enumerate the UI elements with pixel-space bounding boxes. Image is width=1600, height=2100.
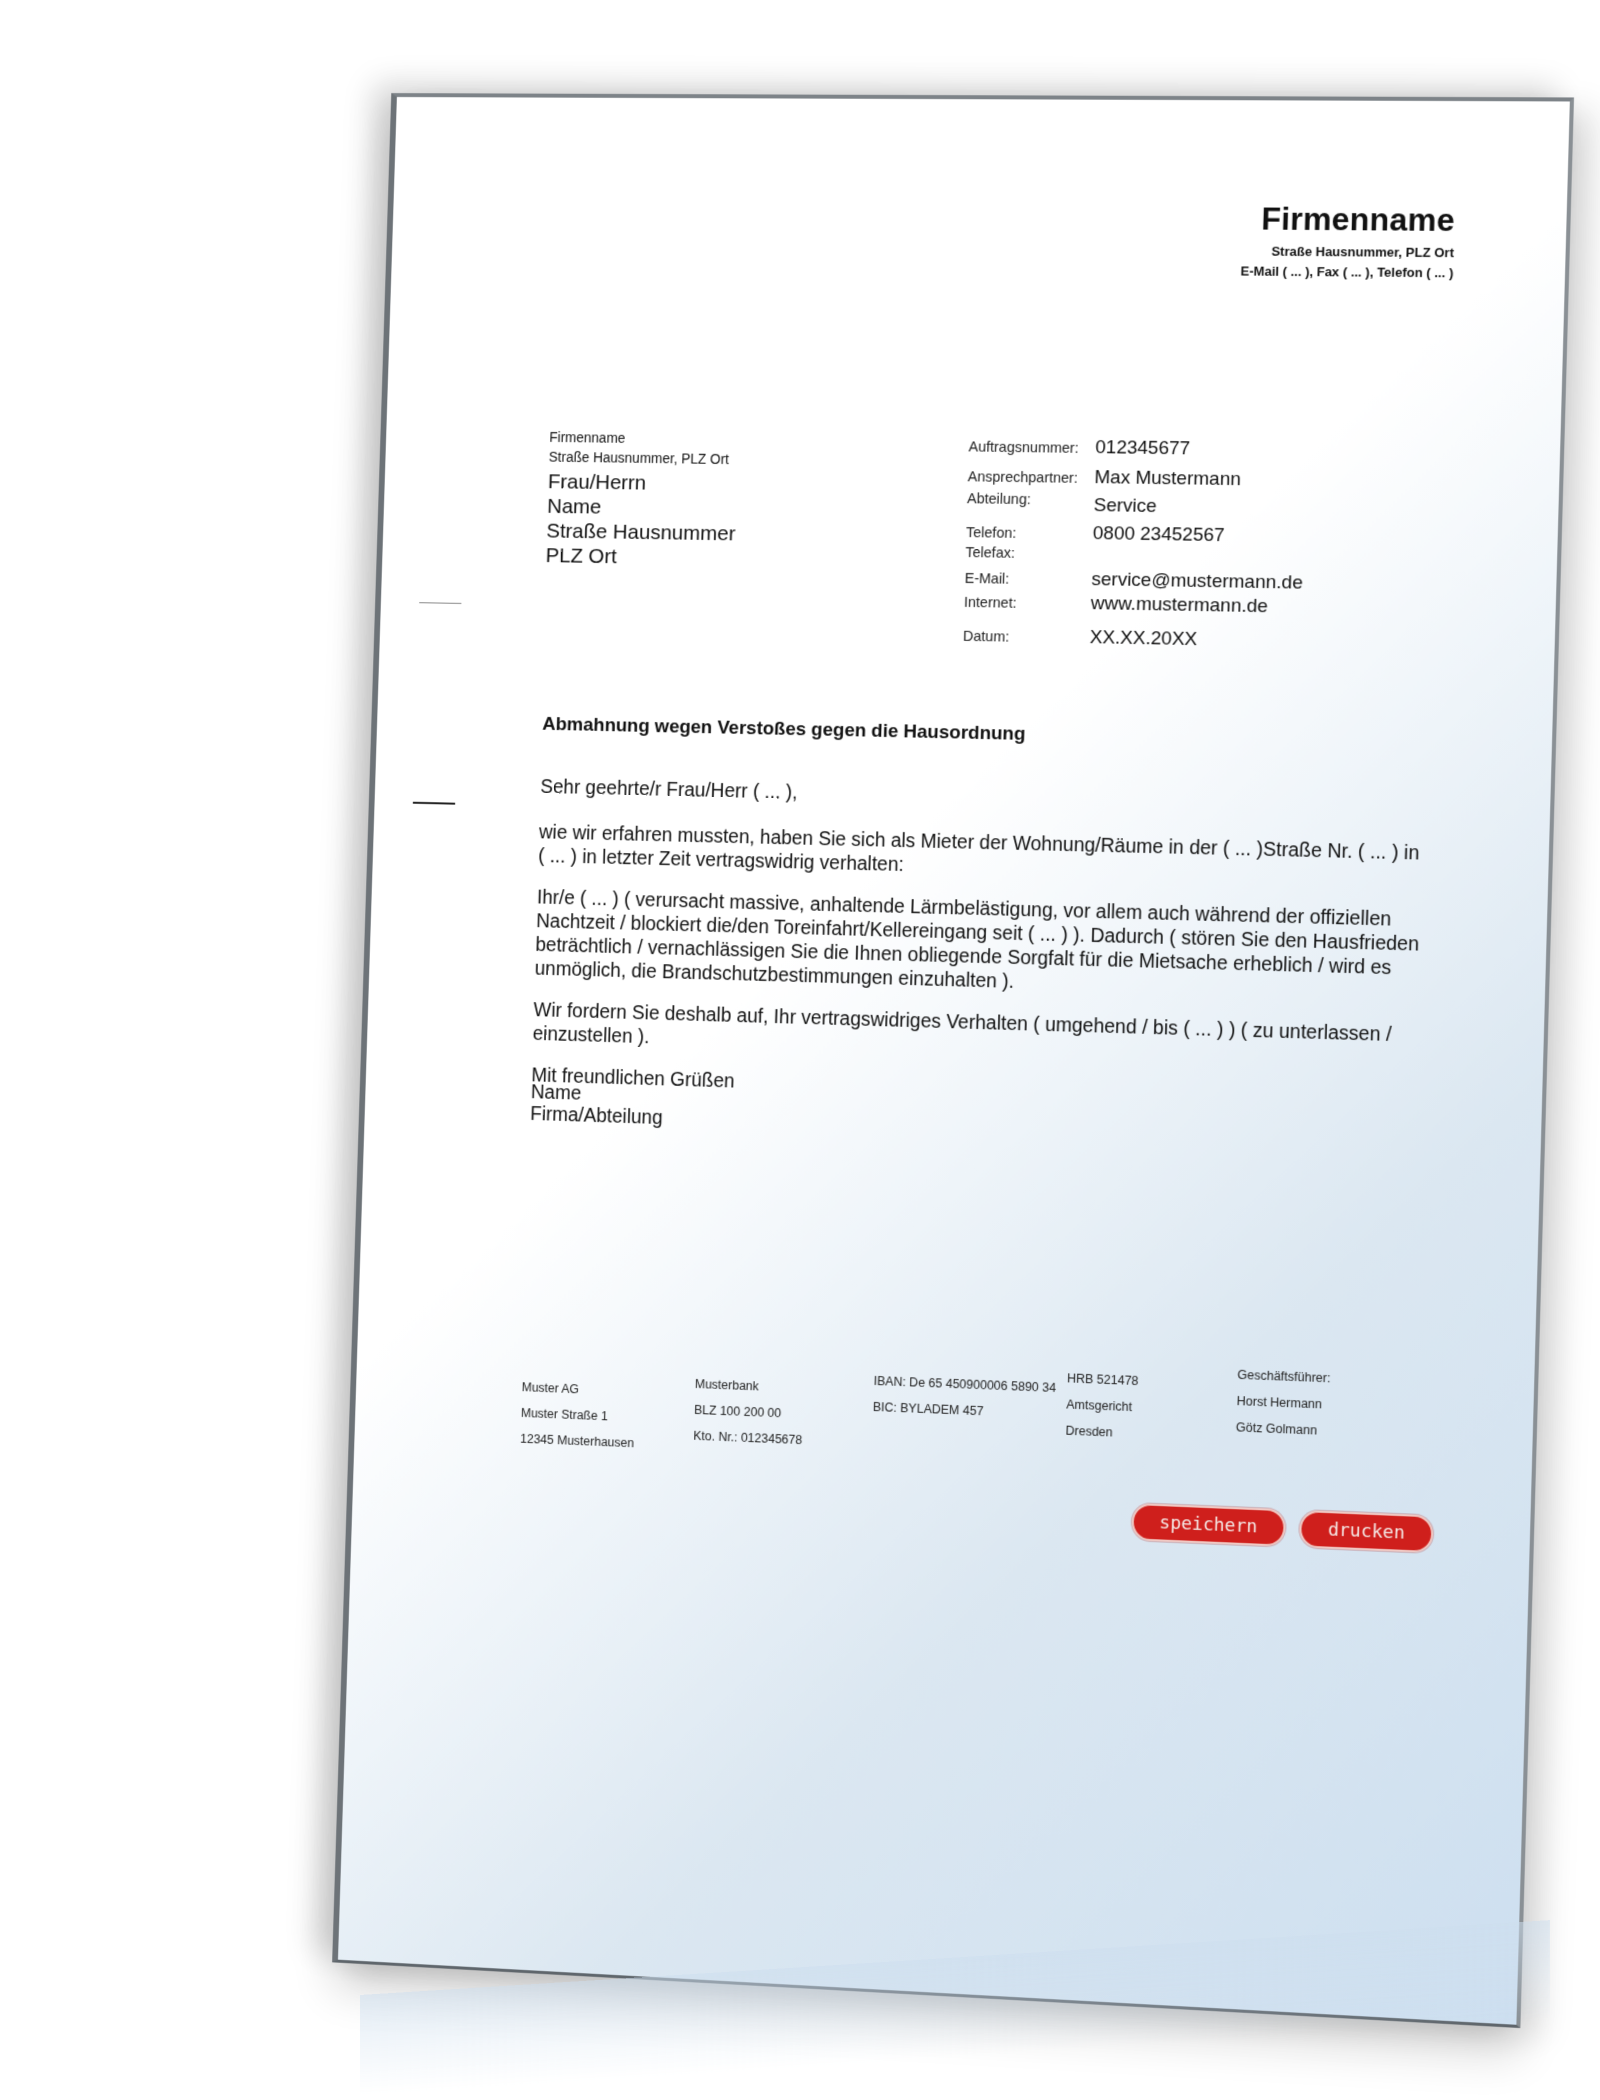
footer-bank: Musterbank BLZ 100 200 00 Kto. Nr.: 0123… (693, 1377, 804, 1459)
document-actions: speichern drucken (1131, 1503, 1434, 1553)
letterhead-contact: E-Mail ( ... ), Fax ( ... ), Telefon ( .… (1240, 263, 1453, 280)
letter-salutation: Sehr geehrte/r Frau/Herr ( ... ), (540, 775, 1431, 819)
footer-text: Götz Golmann (1235, 1420, 1329, 1450)
letterhead-address: Straße Hausnummer, PLZ Ort (1241, 243, 1454, 260)
info-label: Telefon: (966, 525, 1093, 543)
footer-management: Geschäftsführer: Horst Hermann Götz Golm… (1235, 1368, 1330, 1451)
info-value: www.mustermann.de (1090, 593, 1268, 618)
recipient-name: Name (547, 494, 737, 522)
footer-company: Muster AG Muster Straße 1 12345 Musterha… (520, 1380, 636, 1462)
footer-text: Geschäftsführer: (1237, 1368, 1331, 1398)
letterhead: Firmenname Straße Hausnummer, PLZ Ort E-… (1240, 200, 1455, 280)
sender-line: Firmenname Straße Hausnummer, PLZ Ort (548, 427, 729, 469)
info-row-datum: Datum: XX.XX.20XX (962, 625, 1301, 661)
footer-iban: IBAN: De 65 450900006 5890 34 BIC: BYLAD… (872, 1374, 1056, 1433)
letter-body: Sehr geehrte/r Frau/Herr ( ... ), wie wi… (531, 775, 1431, 1133)
info-label: Datum: (963, 629, 1090, 647)
info-value: Service (1093, 495, 1157, 518)
footer-text: HRB 521478 (1067, 1371, 1139, 1400)
letter-paragraph: wie wir erfahren mussten, haben Sie sich… (538, 820, 1429, 890)
info-row-abteilung: Abteilung: Service (966, 487, 1305, 526)
footer-text: Amtsgericht (1066, 1397, 1138, 1426)
document-preview-stage: Firmenname Straße Hausnummer, PLZ Ort E-… (0, 0, 1600, 2100)
footer-text: Kto. Nr.: 012345678 (693, 1429, 803, 1459)
punch-mark (413, 802, 455, 805)
recipient-salutation: Frau/Herrn (548, 469, 738, 496)
letter-closing: Mit freundlichen Grüßen (531, 1063, 1422, 1114)
letter-footer: Muster AG Muster Straße 1 12345 Musterha… (520, 1350, 1414, 1496)
info-value: XX.XX.20XX (1089, 627, 1197, 651)
print-button[interactable]: drucken (1299, 1510, 1434, 1553)
info-label: Ansprechpartner: (967, 469, 1094, 487)
signature-block: Name Firma/Abteilung (530, 1081, 664, 1129)
info-value: Max Mustermann (1094, 467, 1241, 491)
letter-paragraph: Wir fordern Sie deshalb auf, Ihr vertrag… (532, 998, 1424, 1072)
sender-company: Firmenname (549, 427, 730, 449)
letter-subject: Abmahnung wegen Verstoßes gegen die Haus… (542, 714, 1026, 746)
fold-mark (419, 602, 461, 604)
signature-department: Firma/Abteilung (530, 1103, 663, 1129)
info-row-auftragsnummer: Auftragsnummer: 012345677 (968, 435, 1307, 470)
letter-paragraph: Ihr/e ( ... ) ( verursacht massive, anha… (534, 886, 1427, 1006)
letter-page: Firmenname Straße Hausnummer, PLZ Ort E-… (332, 93, 1574, 2028)
save-button[interactable]: speichern (1131, 1503, 1286, 1547)
footer-text: 12345 Musterhausen (520, 1432, 635, 1462)
footer-register: HRB 521478 Amtsgericht Dresden (1065, 1371, 1139, 1452)
recipient-street: Straße Hausnummer (546, 519, 736, 547)
info-label: Abteilung: (967, 491, 1094, 509)
letterhead-company-name: Firmenname (1242, 200, 1456, 239)
recipient-city: PLZ Ort (545, 543, 735, 571)
info-value: 012345677 (1095, 437, 1190, 460)
footer-text: Horst Hermann (1236, 1394, 1330, 1424)
info-label: Telefax: (965, 545, 1092, 563)
info-label: E-Mail: (964, 571, 1091, 589)
info-label: Auftragsnummer: (968, 439, 1095, 457)
recipient-address: Frau/Herrn Name Straße Hausnummer PLZ Or… (545, 469, 737, 571)
footer-text: Dresden (1065, 1424, 1137, 1453)
sender-address: Straße Hausnummer, PLZ Ort (548, 447, 729, 469)
info-label: Internet: (964, 595, 1091, 613)
info-block: Auftragsnummer: 012345677 Ansprechpartne… (962, 435, 1306, 661)
info-value: 0800 23452567 (1093, 523, 1225, 547)
info-value: service@mustermann.de (1091, 569, 1303, 595)
